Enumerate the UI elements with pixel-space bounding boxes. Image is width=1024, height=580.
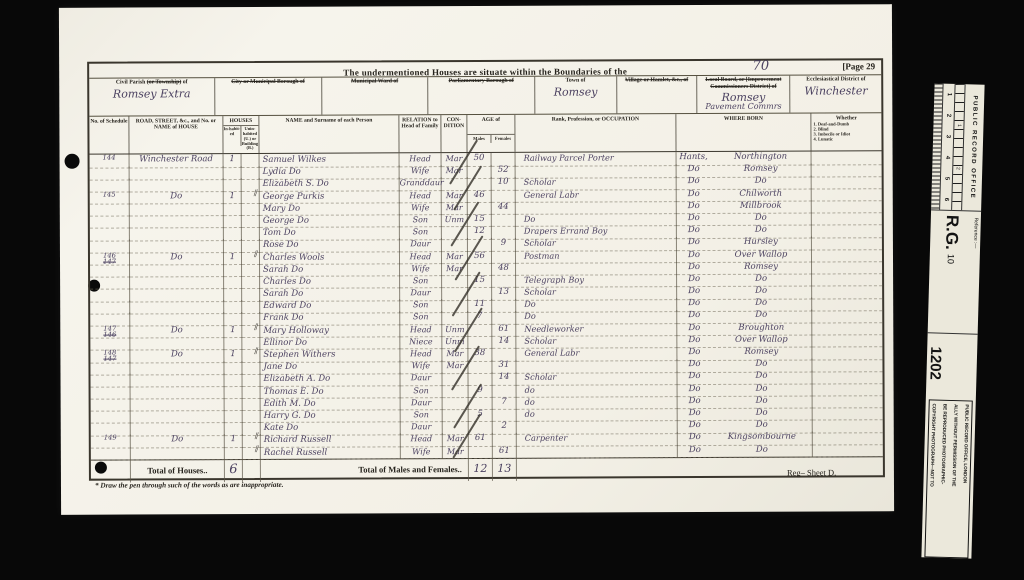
census-rows: 144 Winchester Road 1 Samuel Wilkes Head… — [90, 151, 883, 459]
col-houses: HOUSES In-habit-edUnin-habited (U.) or B… — [223, 116, 259, 153]
occupation-cell — [517, 445, 678, 459]
table-row: ⫽Rachel Russell Wife Mar 61 DoDo — [91, 444, 883, 460]
column-headers: No. of Schedule ROAD, STREET, &c., and N… — [89, 113, 881, 154]
totals-spacer — [243, 460, 261, 482]
pro-reference-card: 1 2 3 4 5 6 1 2 PUBLIC RECORD OFFICE R.G… — [921, 83, 984, 558]
pro-office-label: PUBLIC RECORD OFFICE — [962, 84, 985, 210]
col-schedule: No. of Schedule — [89, 117, 129, 154]
header-field: Local Board, or [Improvement Commissione… — [697, 76, 791, 113]
reference-number: R.G. 10 — [928, 214, 973, 333]
born-cell: DoDo — [678, 444, 813, 458]
age-male-cell — [469, 445, 493, 459]
header-field-value: Romsey Extra — [89, 87, 214, 101]
total-males: 12 — [469, 459, 493, 481]
col-age: AGE of MalesFemales — [467, 115, 515, 152]
total-houses-value: 6 — [225, 460, 243, 482]
totals-spacer — [91, 460, 131, 482]
header-field: Municipal Ward of — [322, 77, 429, 114]
page-label: [Page 29 — [842, 61, 875, 71]
header-field: Ecclesiastical District ofWinchester — [791, 75, 882, 112]
census-form: The undermentioned Houses are situate wi… — [87, 58, 885, 480]
header-field-value: Pavement Commrs — [697, 102, 789, 111]
census-page-scan: The undermentioned Houses are situate wi… — [59, 4, 894, 515]
punch-hole — [65, 154, 80, 169]
header-field-value: Winchester — [791, 84, 882, 97]
header-fields: Civil Parish (or Township) ofRomsey Extr… — [89, 75, 881, 116]
age-female-cell: 61 — [493, 445, 517, 459]
total-houses-label: Total of Houses.. — [131, 460, 225, 482]
col-occupation: Rank, Profession, or OCCUPATION — [515, 114, 676, 152]
total-mf-label: Total of Males and Females.. — [261, 459, 469, 482]
copyright-stamp: COPYRIGHT PHOTOGRAPH—NOT TO BE REPRODUCE… — [924, 399, 972, 558]
piece-number: 1202 — [926, 333, 945, 393]
whether-cell — [813, 444, 883, 458]
inhabited-cell — [225, 447, 243, 461]
col-relation: RELATION to Head of Family — [399, 115, 441, 152]
sheet-label: Reg– Sheet D. — [787, 467, 836, 477]
col-whether: Whether 1. Deaf-and-Dumb 2. Blind 3. Imb… — [811, 113, 881, 150]
total-females: 13 — [493, 459, 517, 481]
header-field: City or Municipal Borough of — [215, 78, 322, 115]
col-name: NAME and Surname of each Person — [259, 115, 399, 153]
header-field: Town ofRomsey — [535, 76, 617, 113]
col-road: ROAD, STREET, &c., and No. or NAME of HO… — [129, 116, 223, 153]
header-field: Parliamentary Borough of — [428, 77, 535, 114]
relation-cell: Wife — [401, 446, 443, 460]
ruler: 1 2 3 4 5 6 1 2 PUBLIC RECORD OFFICE — [931, 83, 985, 211]
folio-number: 70 — [753, 59, 770, 74]
col-born: WHERE BORN — [676, 114, 811, 152]
road-cell — [131, 447, 225, 461]
col-condition: CON-DITION — [441, 115, 467, 152]
header-field: Civil Parish (or Township) ofRomsey Extr… — [89, 78, 215, 116]
header-field: Village or Hamlet, &c., of — [617, 76, 697, 113]
reference-zone: R.G. 10 Reference :— — [928, 210, 981, 334]
footnote: * Draw the pen through such of the words… — [95, 481, 284, 490]
header-field-value: Romsey — [535, 85, 616, 98]
name-cell: ⫽Rachel Russell — [261, 446, 401, 460]
schedule-cell — [91, 447, 131, 461]
